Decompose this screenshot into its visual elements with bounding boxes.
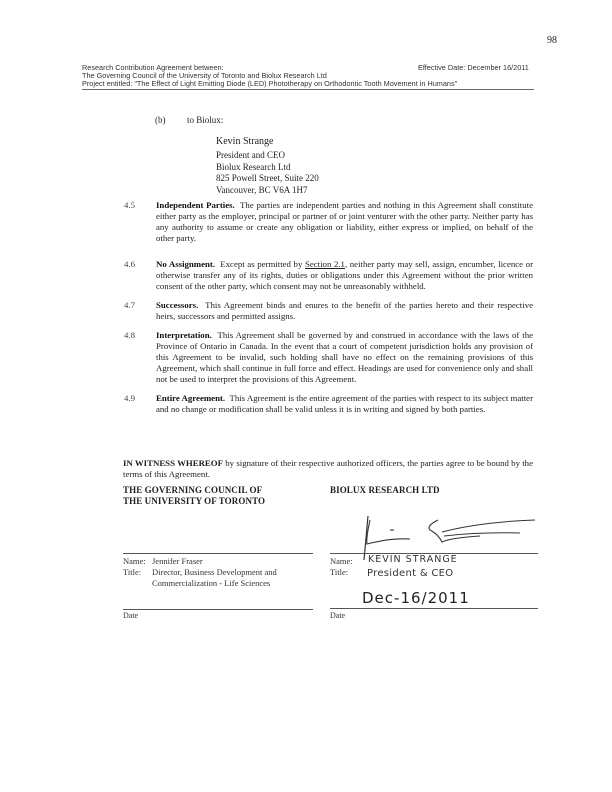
- clause-text: This Agreement binds and enures to the b…: [156, 300, 533, 321]
- signatory-title-handwritten: President & CEO: [367, 568, 453, 579]
- clause-number: 4.5: [124, 200, 135, 210]
- date-label: Date: [330, 611, 345, 620]
- signing-date-handwritten: Dec-16/2011: [362, 589, 470, 607]
- clause-heading: Independent Parties.: [156, 200, 235, 210]
- party-name-line: THE UNIVERSITY OF TORONTO: [123, 496, 265, 507]
- date-label: Date: [123, 611, 138, 620]
- notice-item-text: to Biolux:: [187, 115, 223, 125]
- address-line: Biolux Research Ltd: [216, 162, 319, 174]
- header-effective-date: Effective Date: December 16/2011: [418, 63, 529, 72]
- clause-number: 4.6: [124, 259, 135, 269]
- section-reference-link[interactable]: Section 2.1: [305, 259, 345, 269]
- party-name-university: THE GOVERNING COUNCIL OF THE UNIVERSITY …: [123, 485, 265, 506]
- address-line: Vancouver, BC V6A 1H7: [216, 185, 319, 197]
- clause-body: No Assignment. Except as permitted by Se…: [156, 259, 533, 292]
- clause-heading: Successors.: [156, 300, 198, 310]
- signatory-title: Director, Business Development and Comme…: [152, 567, 277, 588]
- page-number: 98: [547, 35, 557, 46]
- title-line: Commercialization - Life Sciences: [152, 578, 277, 589]
- notice-item-label: (b): [155, 115, 166, 125]
- clause-number: 4.9: [124, 393, 135, 403]
- title-label: Title:: [330, 567, 348, 577]
- clause-number: 4.8: [124, 330, 135, 340]
- clause-number: 4.7: [124, 300, 135, 310]
- party-name-line: THE GOVERNING COUNCIL OF: [123, 485, 265, 496]
- clause-heading: Entire Agreement.: [156, 393, 225, 403]
- signatory-name-handwritten: KEVIN STRANGE: [368, 554, 458, 565]
- notice-recipient-name: Kevin Strange: [216, 136, 274, 148]
- clause-heading: Interpretation.: [156, 330, 212, 340]
- notice-address-lines: President and CEO Biolux Research Ltd 82…: [216, 150, 319, 196]
- witness-heading: IN WITNESS WHEREOF: [123, 458, 223, 468]
- clause-body: Independent Parties. The parties are ind…: [156, 200, 533, 244]
- header-divider: [82, 89, 534, 90]
- clause-body: Successors. This Agreement binds and enu…: [156, 300, 533, 322]
- date-line[interactable]: [123, 609, 313, 610]
- party-name-biolux: BIOLUX RESEARCH LTD: [330, 485, 440, 496]
- address-line: 825 Powell Street, Suite 220: [216, 173, 319, 185]
- clause-body: Entire Agreement. This Agreement is the …: [156, 393, 533, 415]
- signature-line[interactable]: [123, 553, 313, 554]
- title-line: Director, Business Development and: [152, 567, 277, 578]
- clause-heading: No Assignment.: [156, 259, 215, 269]
- header-project-title: Project entitled: "The Effect of Light E…: [82, 79, 457, 88]
- witness-statement: IN WITNESS WHEREOF by signature of their…: [123, 458, 533, 480]
- address-line: President and CEO: [216, 150, 319, 162]
- clause-text: Except as permitted by: [220, 259, 305, 269]
- name-label: Name:: [330, 556, 353, 566]
- name-label: Name:: [123, 556, 146, 566]
- title-label: Title:: [123, 567, 141, 577]
- date-line[interactable]: [330, 608, 538, 609]
- clause-body: Interpretation. This Agreement shall be …: [156, 330, 533, 385]
- signatory-name: Jennifer Fraser: [152, 556, 203, 567]
- clause-text: This Agreement shall be governed by and …: [156, 330, 533, 384]
